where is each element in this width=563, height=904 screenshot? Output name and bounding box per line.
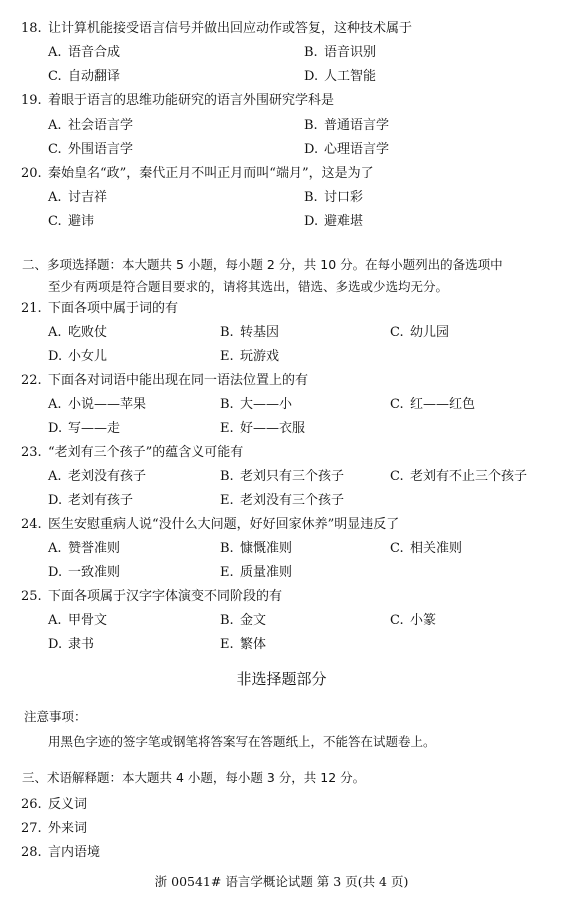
option-d: D.人工智能 xyxy=(304,66,376,88)
option-b: B.普通语言学 xyxy=(304,115,389,137)
question-number: 23. xyxy=(21,442,47,464)
option-c: C.小篆 xyxy=(390,610,436,632)
option-c: C.红——红色 xyxy=(390,394,475,416)
option-b: B.老刘只有三个孩子 xyxy=(220,466,344,488)
option-b: B.语音识别 xyxy=(304,42,376,64)
option-e: E.质量准则 xyxy=(220,562,292,584)
question-number: 25. xyxy=(21,586,47,608)
options-row: A.讨吉祥 B.讨口彩 xyxy=(0,187,563,209)
options-row: A.老刘没有孩子 B.老刘只有三个孩子 C.老刘有不止三个孩子 xyxy=(0,466,563,488)
option-b: B.慷慨准则 xyxy=(220,538,292,560)
question-text: 反义词 xyxy=(48,794,87,816)
options-row: C.外围语言学 D.心理语言学 xyxy=(0,139,563,161)
option-c: C.老刘有不止三个孩子 xyxy=(390,466,527,488)
question-number: 27. xyxy=(21,818,47,840)
question-text: 外来词 xyxy=(48,818,87,840)
notice-text: 用黑色字迹的签字笔或钢笔将答案写在答题纸上，不能答在试题卷上。 xyxy=(48,732,436,750)
question-number: 26. xyxy=(21,794,47,816)
option-a: A.赞誉准则 xyxy=(48,538,120,560)
option-a: A.语音合成 xyxy=(48,42,120,64)
options-row: A.小说——苹果 B.大——小 C.红——红色 xyxy=(0,394,563,416)
section-2-heading-cont: 至少有两项是符合题目要求的，请将其选出，错选、多选或少选均无分。 xyxy=(48,276,448,298)
options-row: D.老刘有孩子 E.老刘没有三个孩子 xyxy=(0,490,563,512)
option-d: D.心理语言学 xyxy=(304,139,389,161)
question-number: 22. xyxy=(21,370,47,392)
options-row: A.吃败仗 B.转基因 C.幼儿园 xyxy=(0,322,563,344)
option-c: C.自动翻译 xyxy=(48,66,120,88)
option-a: A.吃败仗 xyxy=(48,322,107,344)
notice-heading: 注意事项： xyxy=(24,707,87,725)
option-c: C.幼儿园 xyxy=(390,322,449,344)
question-text: 让计算机能接受语言信号并做出回应动作或答复，这种技术属于 xyxy=(48,18,412,40)
question-text: “老刘有三个孩子”的蕴含义可能有 xyxy=(48,442,243,464)
question-number: 21. xyxy=(21,298,47,320)
option-c: C.相关准则 xyxy=(390,538,462,560)
page-footer: 浙 00541# 语言学概论试题 第 3 页(共 4 页) xyxy=(0,872,563,890)
option-e: E.玩游戏 xyxy=(220,346,279,368)
option-a: A.老刘没有孩子 xyxy=(48,466,146,488)
options-row: A.赞誉准则 B.慷慨准则 C.相关准则 xyxy=(0,538,563,560)
option-d: D.隶书 xyxy=(48,634,94,656)
question-text: 下面各项中属于词的有 xyxy=(48,298,178,320)
question-text: 秦始皇名“政”，秦代正月不叫正月而叫“端月”，这是为了 xyxy=(48,163,374,185)
section-3-heading: 三、术语解释题：本大题共 4 小题，每小题 3 分，共 12 分。 xyxy=(22,767,365,789)
option-e: E.繁体 xyxy=(220,634,266,656)
option-b: B.大——小 xyxy=(220,394,292,416)
question-number: 19. xyxy=(21,90,47,112)
options-row: D.隶书 E.繁体 xyxy=(0,634,563,656)
option-d: D.写——走 xyxy=(48,418,120,440)
question-number: 28. xyxy=(21,842,47,864)
question-text: 言内语境 xyxy=(48,842,100,864)
option-d: D.避难堪 xyxy=(304,211,363,233)
options-row: A.语音合成 B.语音识别 xyxy=(0,42,563,64)
question-text: 下面各项属于汉字字体演变不同阶段的有 xyxy=(48,586,282,608)
options-row: D.写——走 E.好——衣服 xyxy=(0,418,563,440)
option-d: D.小女儿 xyxy=(48,346,107,368)
question-text: 着眼于语言的思维功能研究的语言外围研究学科是 xyxy=(48,90,334,112)
options-row: C.自动翻译 D.人工智能 xyxy=(0,66,563,88)
options-row: A.社会语言学 B.普通语言学 xyxy=(0,115,563,137)
option-e: E.好——衣服 xyxy=(220,418,305,440)
options-row: D.一致准则 E.质量准则 xyxy=(0,562,563,584)
question-number: 24. xyxy=(21,514,47,536)
option-c: C.外围语言学 xyxy=(48,139,133,161)
options-row: D.小女儿 E.玩游戏 xyxy=(0,346,563,368)
question-number: 18. xyxy=(21,18,47,40)
option-d: D.老刘有孩子 xyxy=(48,490,133,512)
option-d: D.一致准则 xyxy=(48,562,120,584)
option-b: B.金文 xyxy=(220,610,266,632)
option-c: C.避讳 xyxy=(48,211,94,233)
question-number: 20. xyxy=(21,163,47,185)
options-row: A.甲骨文 B.金文 C.小篆 xyxy=(0,610,563,632)
part-title: 非选择题部分 xyxy=(0,668,563,689)
question-text: 下面各对词语中能出现在同一语法位置上的有 xyxy=(48,370,308,392)
option-b: B.转基因 xyxy=(220,322,279,344)
option-a: A.讨吉祥 xyxy=(48,187,107,209)
section-2-heading: 二、多项选择题：本大题共 5 小题，每小题 2 分，共 10 分。在每小题列出的… xyxy=(22,254,503,276)
option-a: A.甲骨文 xyxy=(48,610,107,632)
option-a: A.社会语言学 xyxy=(48,115,133,137)
option-a: A.小说——苹果 xyxy=(48,394,146,416)
question-text: 医生安慰重病人说“没什么大问题，好好回家休养”明显违反了 xyxy=(48,514,399,536)
option-e: E.老刘没有三个孩子 xyxy=(220,490,344,512)
options-row: C.避讳 D.避难堪 xyxy=(0,211,563,233)
option-b: B.讨口彩 xyxy=(304,187,363,209)
